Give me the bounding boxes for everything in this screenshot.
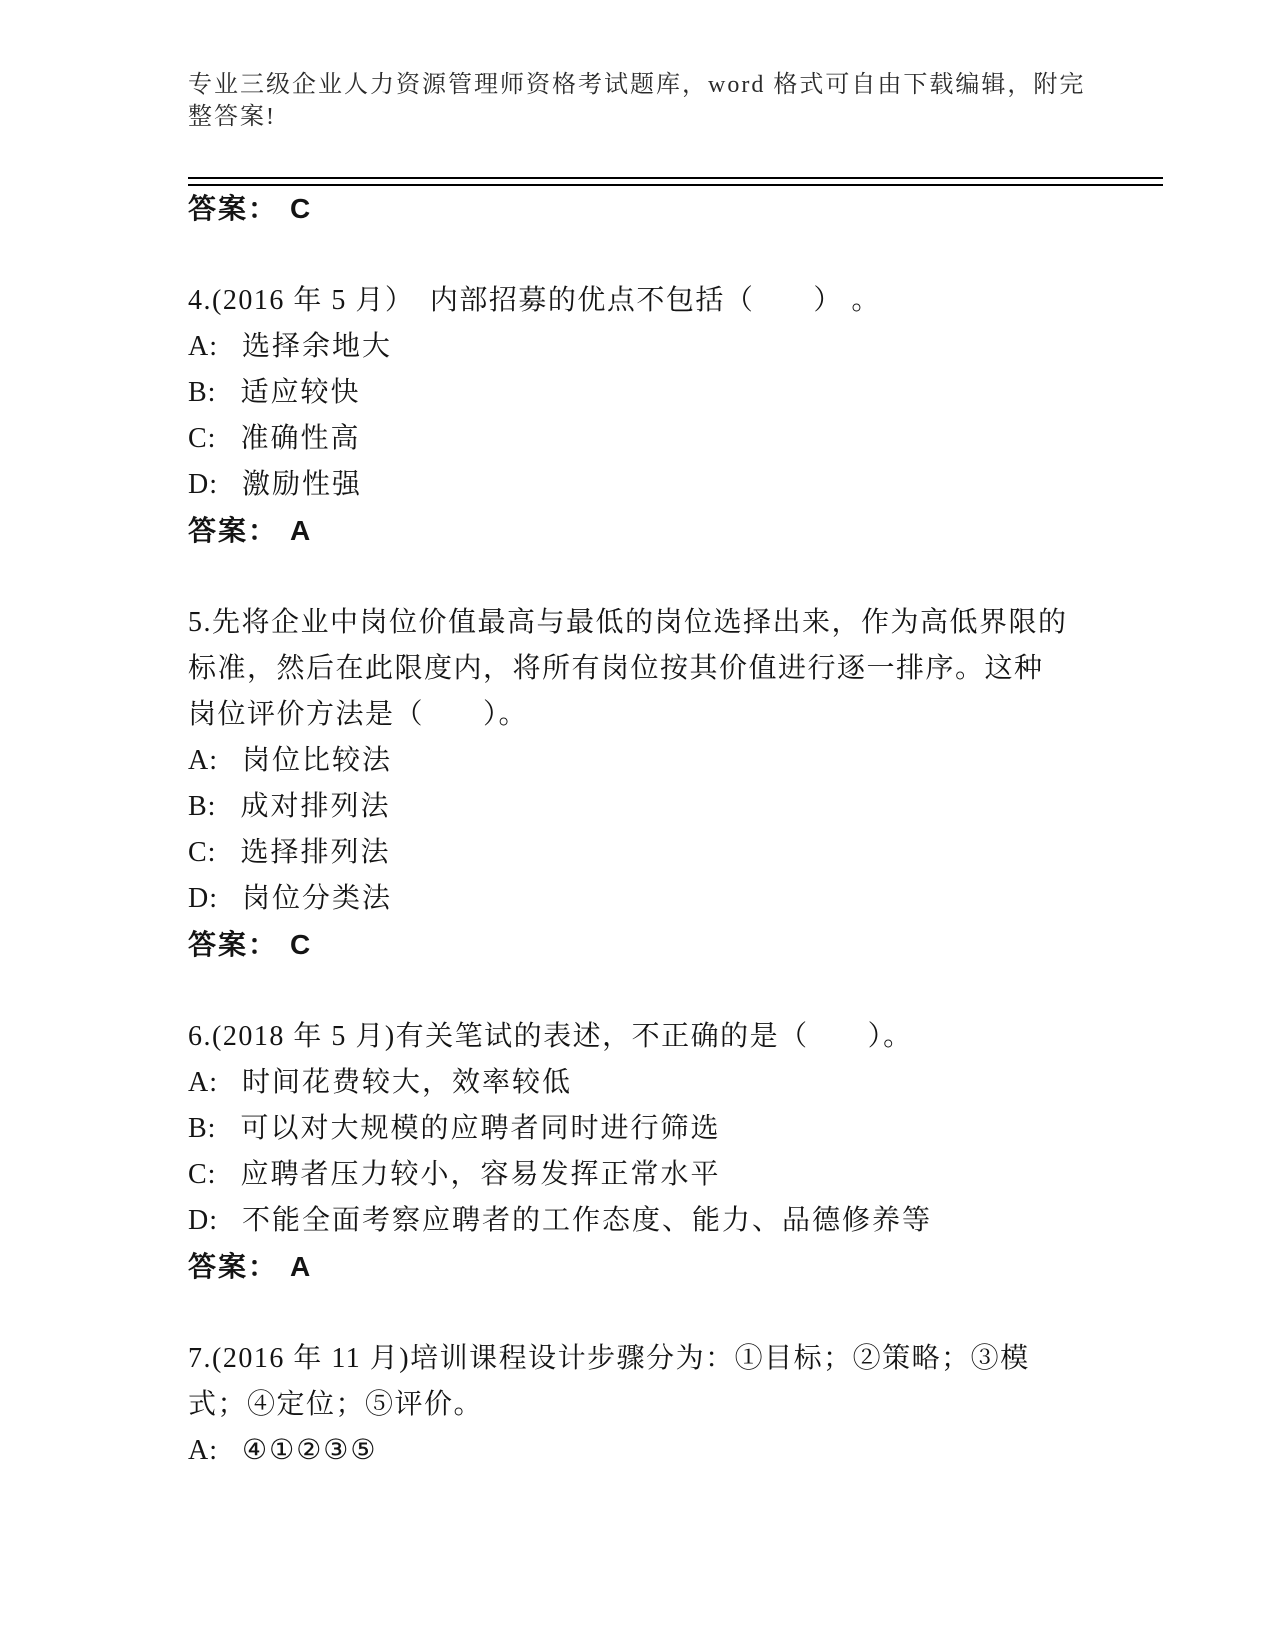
question-options: A:岗位比较法 B:成对排列法 C:选择排列法 D:岗位分类法 bbox=[188, 738, 1175, 922]
answer-prefix: 答案： bbox=[188, 929, 278, 960]
option-label: D: bbox=[188, 462, 218, 508]
option-label: A: bbox=[188, 1428, 218, 1474]
option-label: C: bbox=[188, 1152, 216, 1198]
option-label: A: bbox=[188, 738, 218, 784]
question-options: A:时间花费较大，效率较低 B:可以对大规模的应聘者同时进行筛选 C:应聘者压力… bbox=[188, 1060, 1175, 1244]
option-label: A: bbox=[188, 324, 218, 370]
question-block: 7.(2016 年 11 月)培训课程设计步骤分为：①目标；②策略；③模式；④定… bbox=[188, 1336, 1175, 1474]
answer-value: A bbox=[290, 515, 312, 546]
option-label: A: bbox=[188, 1060, 218, 1106]
option-row: A:④①②③⑤ bbox=[188, 1428, 1175, 1474]
answer-prefix: 答案： bbox=[188, 515, 278, 546]
option-text: 可以对大规模的应聘者同时进行筛选 bbox=[240, 1106, 720, 1152]
option-row: D:岗位分类法 bbox=[188, 876, 1175, 922]
answer-value: C bbox=[290, 929, 312, 960]
question-answer: 答案：A bbox=[188, 508, 1175, 554]
option-text: 成对排列法 bbox=[240, 784, 390, 830]
option-row: B:适应较快 bbox=[188, 370, 1175, 416]
questions: 4.(2016 年 5 月） 内部招募的优点不包括（ ） 。 A:选择余地大 B… bbox=[188, 278, 1175, 1474]
option-label: C: bbox=[188, 416, 216, 462]
question-options: A:选择余地大 B:适应较快 C:准确性高 D:激励性强 bbox=[188, 324, 1175, 508]
option-text: 时间花费较大，效率较低 bbox=[242, 1060, 572, 1106]
option-row: C:选择排列法 bbox=[188, 830, 1175, 876]
answer-prefix: 答案： bbox=[188, 193, 278, 224]
question-stem: 5.先将企业中岗位价值最高与最低的岗位选择出来，作为高低界限的标准，然后在此限度… bbox=[188, 600, 1068, 738]
document-page: 专业三级企业人力资源管理师资格考试题库，word 格式可自由下载编辑，附完整答案… bbox=[0, 0, 1275, 1650]
option-row: A:选择余地大 bbox=[188, 324, 1175, 370]
answer-value: A bbox=[290, 1251, 312, 1282]
question-block: 4.(2016 年 5 月） 内部招募的优点不包括（ ） 。 A:选择余地大 B… bbox=[188, 278, 1175, 554]
option-row: D:不能全面考察应聘者的工作态度、能力、品德修养等 bbox=[188, 1198, 1175, 1244]
question-answer: 答案：C bbox=[188, 922, 1175, 968]
question-block: 6.(2018 年 5 月)有关笔试的表述，不正确的是（ ）。 A:时间花费较大… bbox=[188, 1014, 1175, 1290]
option-text: 岗位比较法 bbox=[242, 738, 392, 784]
option-text: 适应较快 bbox=[240, 370, 360, 416]
option-text: 岗位分类法 bbox=[242, 876, 392, 922]
option-text: 选择余地大 bbox=[242, 324, 392, 370]
question-stem: 6.(2018 年 5 月)有关笔试的表述，不正确的是（ ）。 bbox=[188, 1014, 1068, 1060]
option-label: D: bbox=[188, 1198, 218, 1244]
answer-value: C bbox=[290, 193, 312, 224]
option-text: 应聘者压力较小，容易发挥正常水平 bbox=[240, 1152, 720, 1198]
answer-prefix: 答案： bbox=[188, 1251, 278, 1282]
option-text: 激励性强 bbox=[242, 462, 362, 508]
question-stem: 7.(2016 年 11 月)培训课程设计步骤分为：①目标；②策略；③模式；④定… bbox=[188, 1336, 1068, 1428]
header-note: 专业三级企业人力资源管理师资格考试题库，word 格式可自由下载编辑，附完整答案… bbox=[188, 69, 1093, 133]
option-label: B: bbox=[188, 1106, 216, 1152]
header-divider bbox=[188, 177, 1163, 186]
question-block: 5.先将企业中岗位价值最高与最低的岗位选择出来，作为高低界限的标准，然后在此限度… bbox=[188, 600, 1175, 968]
option-text: 准确性高 bbox=[240, 416, 360, 462]
option-label: B: bbox=[188, 370, 216, 416]
option-row: C:准确性高 bbox=[188, 416, 1175, 462]
option-text: 选择排列法 bbox=[240, 830, 390, 876]
option-text: ④①②③⑤ bbox=[242, 1428, 378, 1474]
option-label: D: bbox=[188, 876, 218, 922]
question-answer: 答案：A bbox=[188, 1244, 1175, 1290]
option-row: A:时间花费较大，效率较低 bbox=[188, 1060, 1175, 1106]
option-row: A:岗位比较法 bbox=[188, 738, 1175, 784]
option-row: B:成对排列法 bbox=[188, 784, 1175, 830]
option-row: D:激励性强 bbox=[188, 462, 1175, 508]
option-label: B: bbox=[188, 784, 216, 830]
option-label: C: bbox=[188, 830, 216, 876]
option-row: C:应聘者压力较小，容易发挥正常水平 bbox=[188, 1152, 1175, 1198]
option-row: B:可以对大规模的应聘者同时进行筛选 bbox=[188, 1106, 1175, 1152]
orphan-answer-line: 答案：C bbox=[188, 186, 1175, 232]
option-text: 不能全面考察应聘者的工作态度、能力、品德修养等 bbox=[242, 1198, 932, 1244]
question-stem: 4.(2016 年 5 月） 内部招募的优点不包括（ ） 。 bbox=[188, 278, 1068, 324]
question-options: A:④①②③⑤ bbox=[188, 1428, 1175, 1474]
